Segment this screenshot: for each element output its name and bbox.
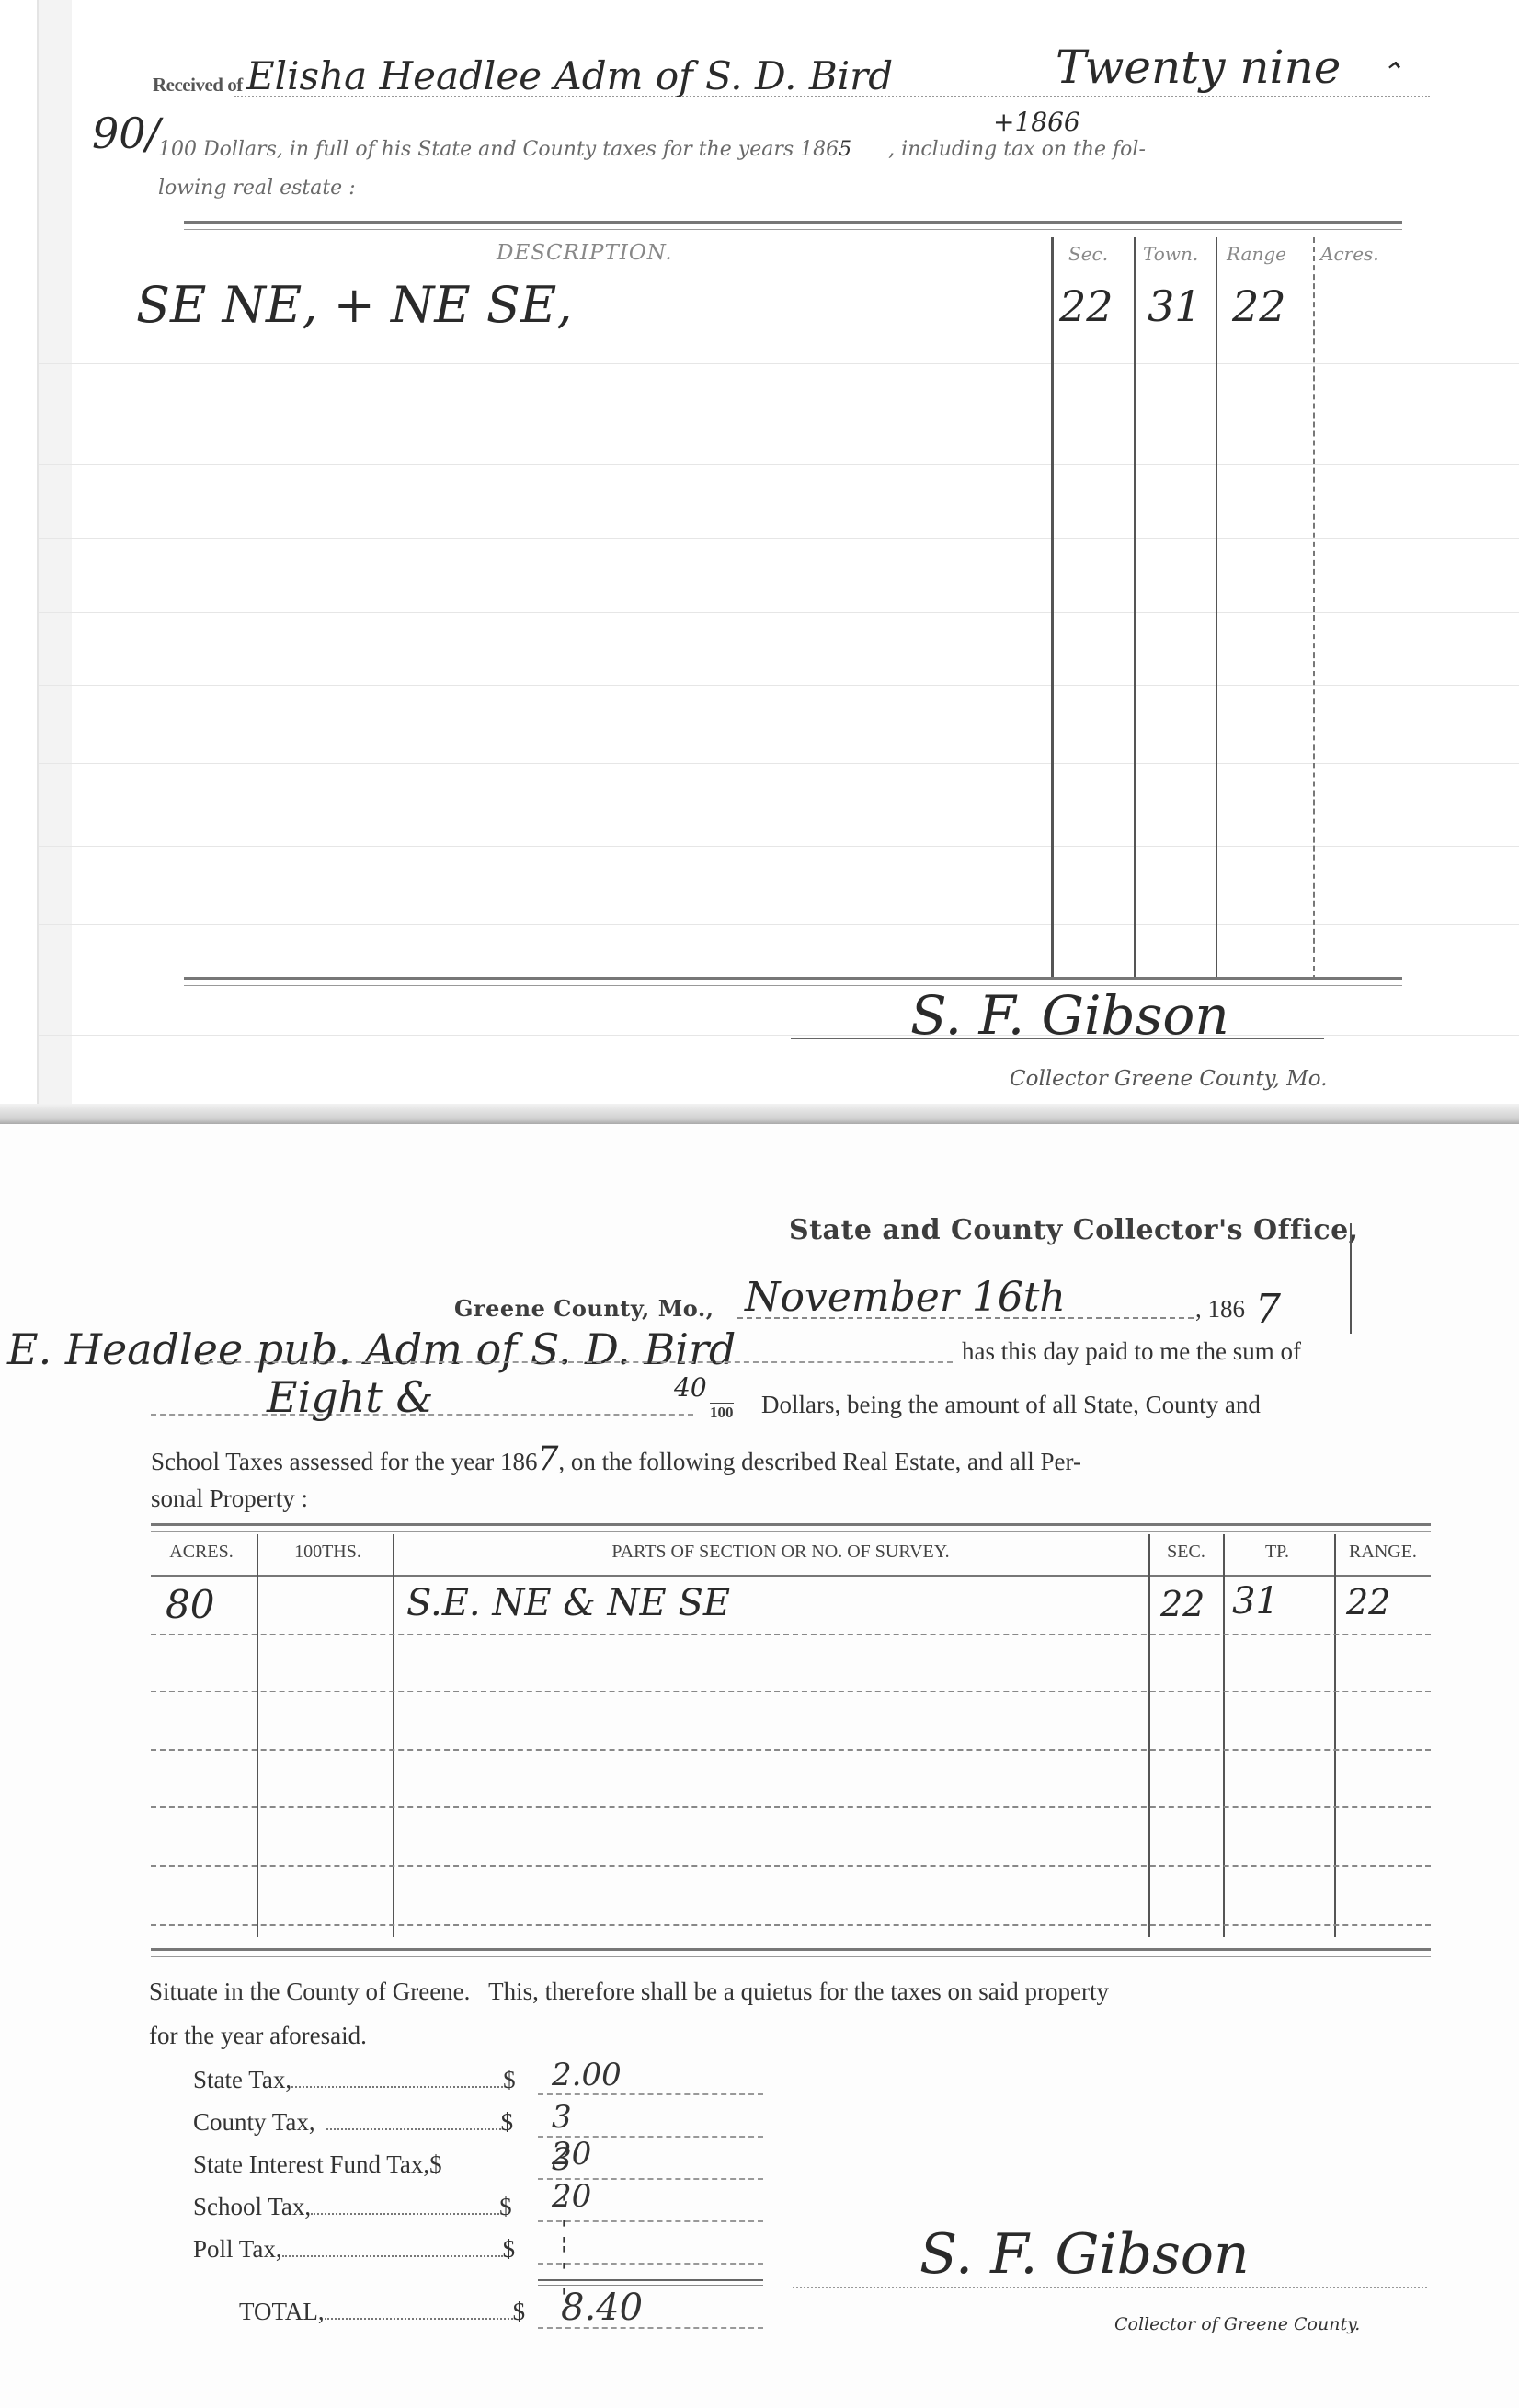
paid-text: has this day paid to me the sum of — [962, 1337, 1301, 1366]
receipt-line-3: lowing real estate : — [158, 177, 356, 200]
ledger-line — [39, 763, 1519, 764]
signature-line — [793, 2287, 1427, 2288]
header-underline — [151, 1575, 1431, 1577]
amount-words-handwritten: Eight & — [267, 1372, 433, 1422]
ledger-line — [39, 612, 1519, 613]
situate-line-2: for the year aforesaid. — [149, 2022, 367, 2050]
dollar-sign: $ — [503, 2066, 516, 2093]
office-heading: State and County Collector's Office, — [789, 1214, 1359, 1246]
ledger-line — [39, 363, 1519, 364]
description-header: DESCRIPTION. — [497, 241, 673, 265]
total-value: 8.40 — [561, 2287, 643, 2329]
paper-fold-edge — [0, 1104, 1519, 1126]
line3-year-handwritten: 7 — [538, 1440, 559, 1478]
payer-handwritten: E. Headlee pub. Adm of S. D. Bird — [7, 1324, 736, 1374]
row-separator — [151, 1806, 1431, 1808]
county-tax-label: County Tax,$ — [193, 2108, 513, 2137]
caret-mark: ⌃ — [1379, 57, 1402, 89]
dollar-sign: $ — [503, 2235, 516, 2263]
column-divider — [1334, 1534, 1336, 1937]
town-value: 31 — [1148, 281, 1202, 331]
dollar-sign: $ — [429, 2150, 442, 2178]
cents-denominator: 100 — [710, 1403, 734, 1422]
ledger-line — [39, 924, 1519, 925]
column-divider — [1223, 1534, 1225, 1937]
situate-line-1: Situate in the County of Greene. This, t… — [149, 1978, 1109, 2006]
state-interest-fund-tax-value: 3 20 — [552, 2141, 591, 2215]
line3-start: School Taxes assessed for the year 186 — [151, 1448, 538, 1475]
cents-numerator-handwritten: 40 — [674, 1372, 707, 1403]
year-suffix-handwritten: 5 — [839, 138, 851, 161]
ledger-line — [39, 846, 1519, 847]
sec-value: 22 — [1160, 1584, 1205, 1624]
date-handwritten: November 16th — [745, 1274, 1066, 1321]
personal-property-line: sonal Property : — [151, 1485, 308, 1513]
received-of-label: Received of — [153, 74, 243, 97]
total-rule — [538, 2279, 763, 2286]
state-tax-text: State Tax, — [193, 2066, 291, 2093]
state-tax-value: 2.00 — [552, 2057, 622, 2093]
table-bottom-rule — [151, 1948, 1431, 1957]
total-label: TOTAL,$ — [239, 2298, 525, 2326]
school-taxes-line: School Taxes assessed for the year 1867,… — [151, 1440, 1081, 1478]
year-printed: , 186 — [1195, 1295, 1245, 1324]
state-interest-fund-tax-text: State Interest Fund Tax, — [193, 2150, 429, 2178]
ledger-line — [39, 538, 1519, 539]
parts-header: PARTS OF SECTION OR NO. OF SURVEY. — [399, 1542, 1162, 1563]
range-value: 22 — [1346, 1582, 1390, 1623]
sec-header: Sec. — [1068, 243, 1108, 265]
acres-header: ACRES. — [151, 1542, 252, 1563]
dollar-sign: $ — [513, 2298, 526, 2325]
ledger-line — [39, 1035, 1519, 1036]
table-top-rule — [151, 1523, 1431, 1532]
amount-text: Dollars, being the amount of all State, … — [761, 1391, 1261, 1419]
payer-name-handwritten: Elisha Headlee Adm of S. D. Bird — [246, 53, 893, 98]
town-header: Town. — [1143, 243, 1198, 265]
acres-header: Acres. — [1320, 243, 1379, 265]
poll-tax-text: Poll Tax, — [193, 2235, 282, 2263]
column-divider — [1313, 237, 1315, 980]
poll-tax-fill — [538, 2263, 763, 2265]
tp-header: TP. — [1227, 1542, 1328, 1563]
school-tax-label: School Tax,$ — [193, 2193, 512, 2221]
row-separator — [151, 1691, 1431, 1692]
year-insert-handwritten: +1866 — [993, 107, 1080, 137]
dollar-sign: $ — [499, 2193, 512, 2220]
poll-tax-label: Poll Tax,$ — [193, 2235, 515, 2264]
state-interest-fund-tax-label: State Interest Fund Tax,$ — [193, 2150, 442, 2179]
sec-value: 22 — [1059, 281, 1114, 331]
top-tax-receipt — [37, 0, 1519, 1106]
ledger-line — [39, 685, 1519, 686]
collector-signature: S. F. Gibson — [919, 2222, 1250, 2287]
column-divider — [1134, 237, 1136, 980]
location-label: Greene County, Mo., — [454, 1295, 714, 1322]
year-handwritten: 7 — [1255, 1286, 1281, 1333]
state-tax-label: State Tax,$ — [193, 2066, 516, 2094]
row-separator — [151, 1865, 1431, 1867]
receipt-line-2: 100 Dollars, in full of his State and Co… — [158, 138, 1146, 161]
total-text: TOTAL, — [239, 2298, 325, 2325]
property-table: ACRES. 100THS. PARTS OF SECTION OR NO. O… — [151, 1534, 1431, 1948]
description-value: SE NE, + NE SE, — [136, 276, 572, 334]
bracket-mark — [1350, 1223, 1352, 1334]
state-tax-fill — [538, 2093, 763, 2095]
parts-value: S.E. NE & NE SE — [406, 1582, 730, 1624]
collector-signature: S. F. Gibson — [910, 984, 1229, 1047]
cents-handwritten: 90/ — [92, 109, 160, 158]
line2-printed-start: 100 Dollars, in full of his State and Co… — [158, 138, 839, 161]
school-tax-text: School Tax, — [193, 2193, 311, 2220]
column-divider — [1051, 237, 1054, 980]
collector-title: Collector of Greene County. — [1114, 2314, 1360, 2334]
column-divider — [257, 1534, 258, 1937]
tp-value: 31 — [1232, 1580, 1279, 1623]
amount-words-handwritten: Twenty nine — [1056, 40, 1341, 94]
row-separator — [151, 1749, 1431, 1751]
sec-header: SEC. — [1149, 1542, 1223, 1563]
range-value: 22 — [1232, 281, 1286, 331]
line2-printed-end: , including tax on the fol- — [888, 138, 1146, 161]
payer-fill-line — [199, 1361, 953, 1363]
row-separator — [151, 1634, 1431, 1635]
range-header: Range — [1227, 243, 1286, 265]
line3-end: , on the following described Real Estate… — [558, 1448, 1081, 1475]
acres-value: 80 — [166, 1582, 214, 1627]
column-divider — [1216, 237, 1217, 980]
range-header: RANGE. — [1337, 1542, 1429, 1563]
hundredths-header: 100THS. — [266, 1542, 390, 1563]
table-top-rule — [184, 221, 1402, 230]
dollar-sign: $ — [501, 2108, 514, 2136]
county-tax-text: County Tax, — [193, 2108, 315, 2136]
collector-title: Collector Greene County, Mo. — [1010, 1067, 1328, 1091]
row-separator — [151, 1924, 1431, 1926]
column-divider — [1148, 1534, 1150, 1937]
column-divider — [393, 1534, 394, 1937]
ledger-line — [39, 464, 1519, 465]
school-tax-fill — [538, 2220, 763, 2222]
